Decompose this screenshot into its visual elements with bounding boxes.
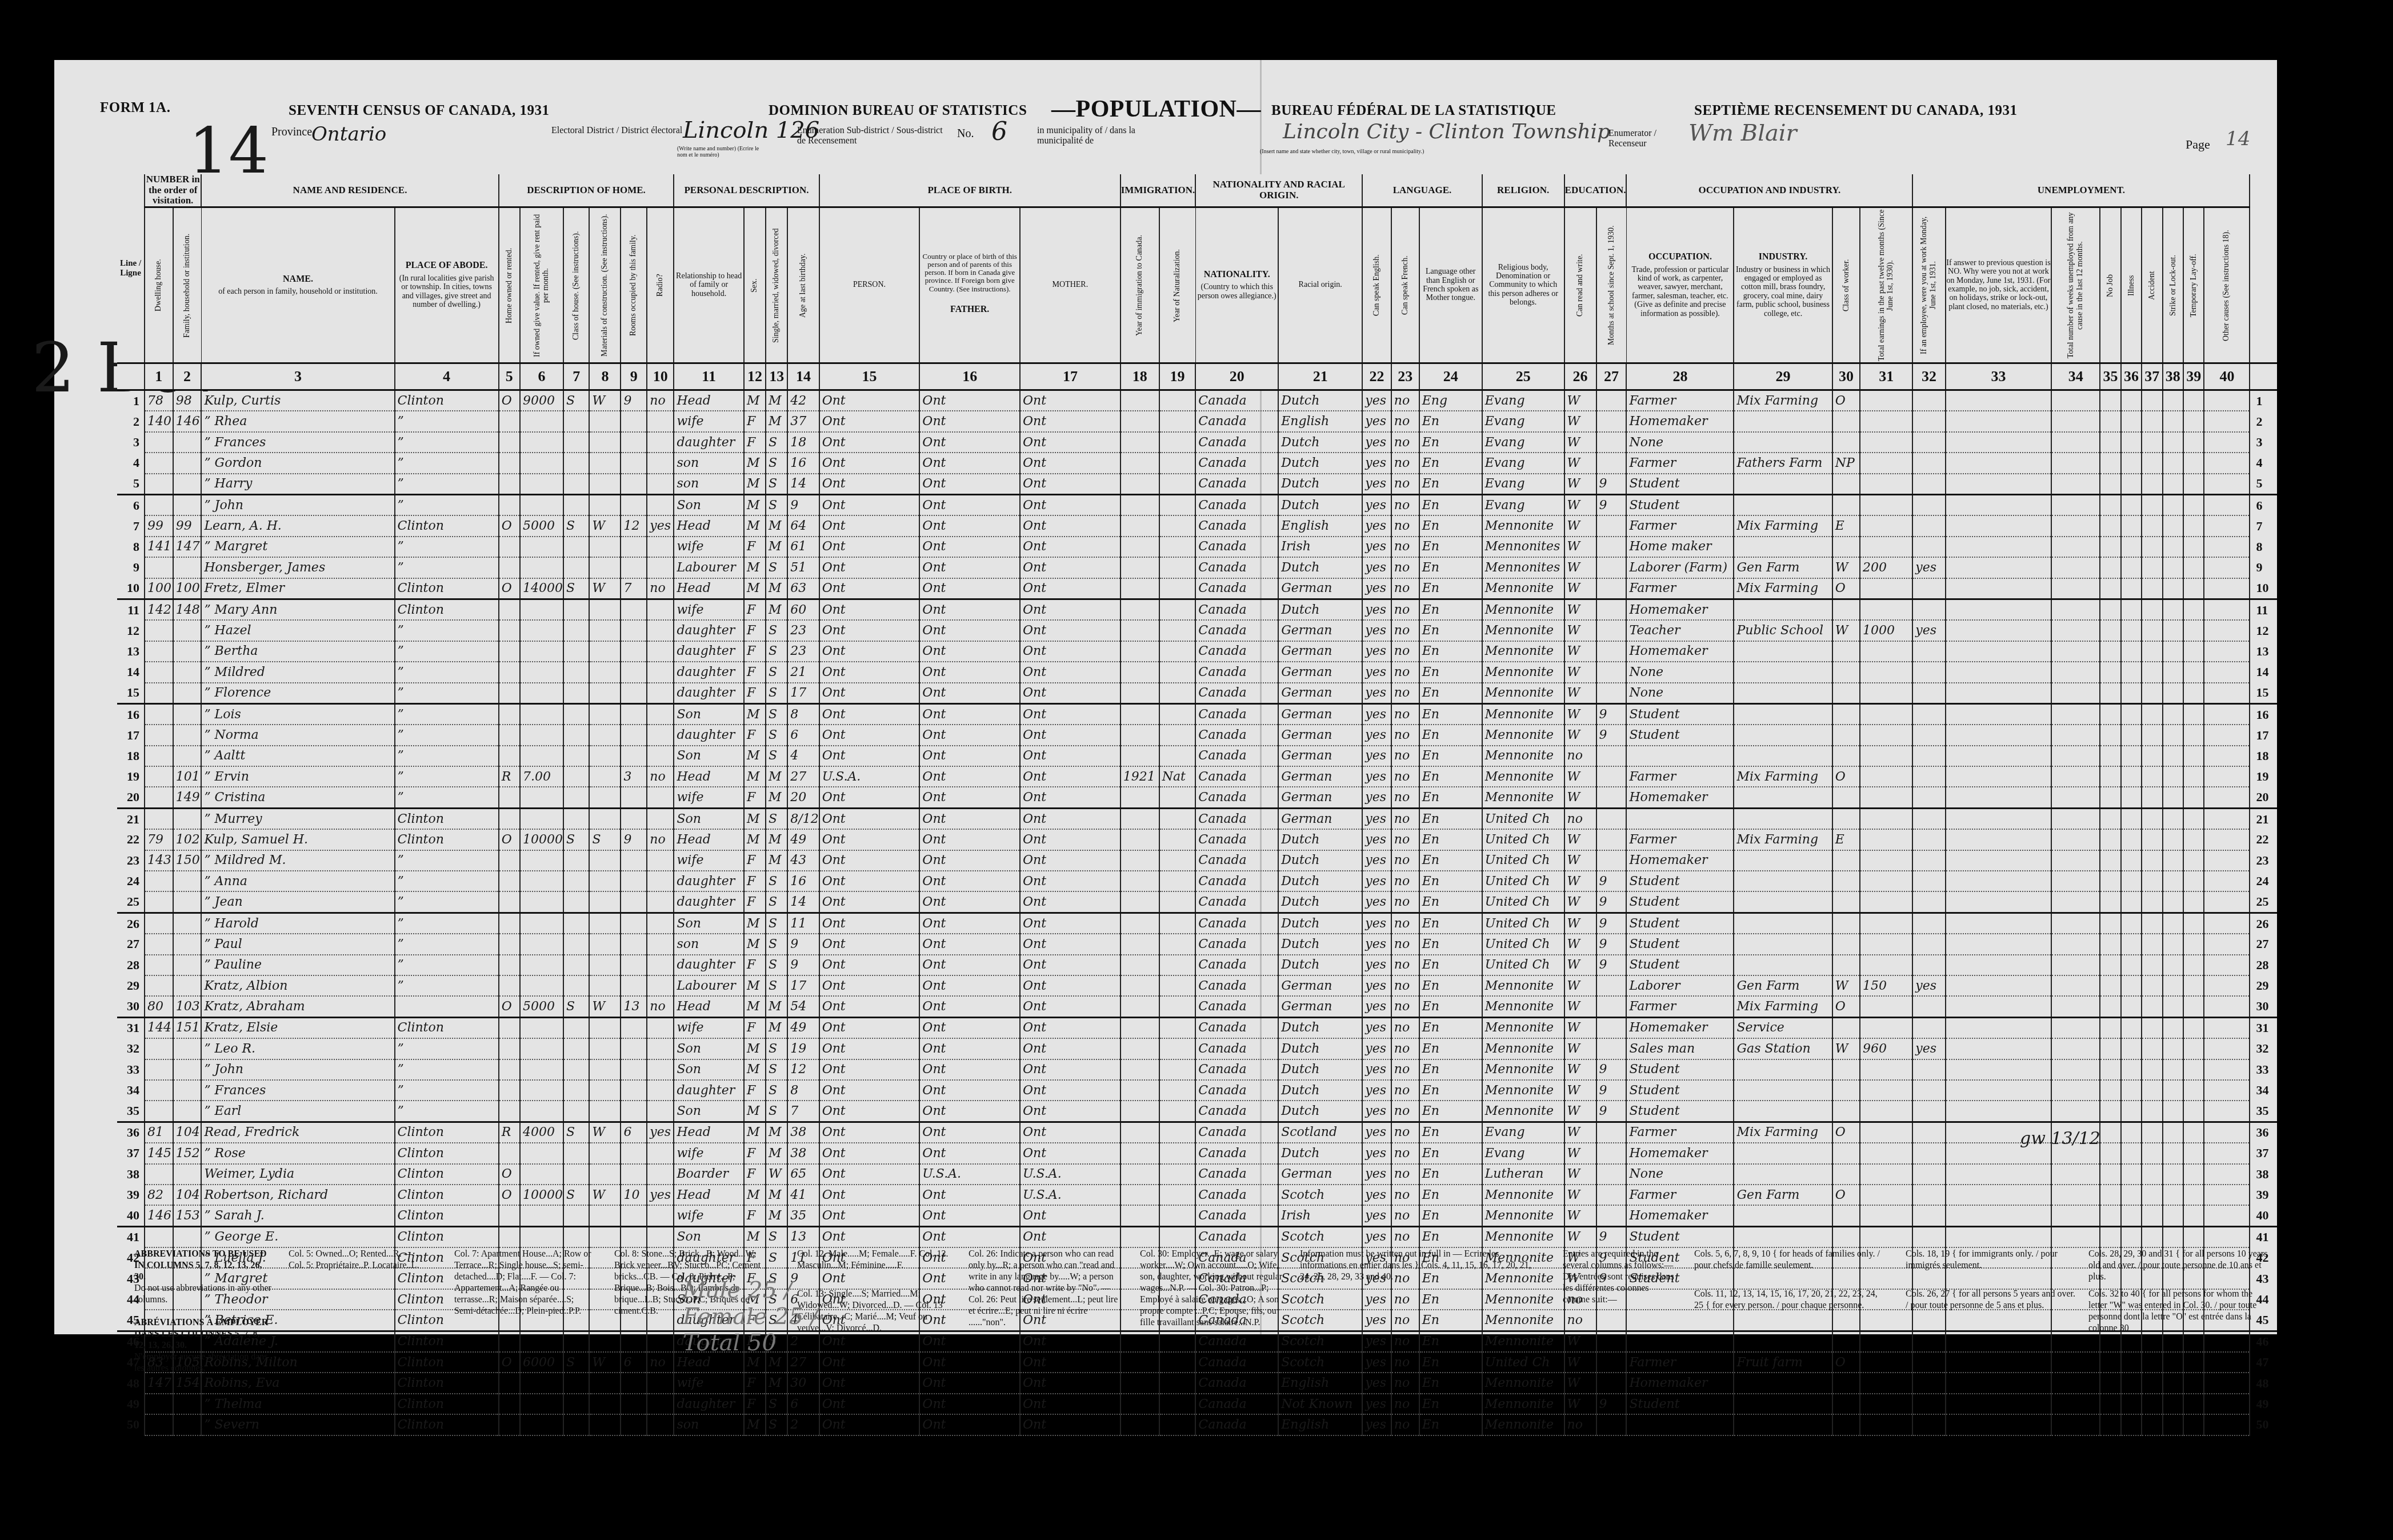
cell-material bbox=[589, 1226, 621, 1247]
cell-occ bbox=[1626, 1414, 1734, 1435]
col-number: 19 bbox=[1159, 363, 1196, 390]
cell-nationality: Canada bbox=[1195, 1205, 1278, 1226]
cell-nationality: Canada bbox=[1195, 432, 1278, 453]
cell-abode: Clinton bbox=[395, 1226, 499, 1247]
cell-race: German bbox=[1278, 725, 1362, 745]
cell-earn bbox=[1860, 515, 1912, 536]
cell-c36 bbox=[2121, 1143, 2142, 1163]
cell-name: Weimer, Lydia bbox=[201, 1164, 394, 1185]
cell-family bbox=[173, 934, 202, 954]
cell-tongue: En bbox=[1419, 1352, 1482, 1373]
column-number-row: 1234567891011121314151617181920212223242… bbox=[117, 363, 2277, 390]
cell-class bbox=[563, 599, 589, 620]
cell-work bbox=[1912, 1394, 1945, 1414]
section-name-residence: NAME AND RESIDENCE. bbox=[201, 174, 498, 207]
cell-sex: F bbox=[744, 787, 766, 808]
cell-c37 bbox=[2142, 891, 2162, 913]
cell-c33 bbox=[1946, 1226, 2052, 1247]
cell-rooms bbox=[621, 1143, 647, 1163]
cell-rel: Son bbox=[674, 1226, 743, 1247]
cell-c35 bbox=[2100, 808, 2120, 829]
cell-rooms bbox=[621, 891, 647, 913]
cell-mother: Ont bbox=[1020, 1414, 1121, 1435]
col20-header: NATIONALITY.(Country to which this perso… bbox=[1195, 207, 1278, 363]
cell-father: Ont bbox=[919, 515, 1020, 536]
cell-sex: M bbox=[744, 1414, 766, 1435]
col-number: 15 bbox=[819, 363, 920, 390]
cell-cls bbox=[1832, 955, 1860, 975]
cell-read: W bbox=[1564, 495, 1596, 516]
cell-earn bbox=[1860, 1373, 1912, 1393]
cell-age: 8 bbox=[787, 703, 819, 725]
cell-marital: S bbox=[766, 1059, 787, 1080]
cell-read: no bbox=[1564, 1310, 1596, 1331]
cell-read: W bbox=[1564, 1080, 1596, 1101]
cell-c33 bbox=[1946, 829, 2052, 850]
cell-c34 bbox=[2051, 975, 2100, 996]
cell-c33 bbox=[1946, 996, 2052, 1017]
cell-age: 16 bbox=[787, 453, 819, 473]
cell-family: 104 bbox=[173, 1185, 202, 1205]
cell-marital: S bbox=[766, 495, 787, 516]
cell-abode: ” bbox=[395, 934, 499, 954]
cell-age: 35 bbox=[787, 1205, 819, 1226]
table-row: 48147154Robins, EvaClintonwifeFM30OntOnt… bbox=[117, 1373, 2277, 1393]
cell-c39 bbox=[2183, 432, 2204, 453]
cell-owned bbox=[499, 537, 520, 557]
cell-religion: Mennonite bbox=[1482, 1059, 1564, 1080]
cell-occ: Student bbox=[1626, 934, 1734, 954]
cell-c34 bbox=[2051, 641, 2100, 662]
cell-mother: Ont bbox=[1020, 955, 1121, 975]
cell-class bbox=[563, 1394, 589, 1414]
cell-age: 6 bbox=[787, 725, 819, 745]
cell-value bbox=[520, 537, 563, 557]
cell-c33 bbox=[1946, 662, 2052, 682]
cell-material bbox=[589, 808, 621, 829]
cell-work bbox=[1912, 662, 1945, 682]
line-number-right: 30 bbox=[2250, 996, 2277, 1017]
cell-read: W bbox=[1564, 766, 1596, 787]
cell-dwelling bbox=[145, 474, 173, 495]
cell-read: W bbox=[1564, 432, 1596, 453]
cell-rel: wife bbox=[674, 1143, 743, 1163]
cell-c39 bbox=[2183, 1101, 2204, 1122]
cell-earn bbox=[1860, 432, 1912, 453]
cell-father: Ont bbox=[919, 662, 1020, 682]
cell-radio bbox=[647, 703, 674, 725]
cell-race: Dutch bbox=[1278, 850, 1362, 871]
cell-eng: yes bbox=[1362, 1164, 1391, 1185]
cell-c39 bbox=[2183, 1164, 2204, 1185]
cell-pob: Ont bbox=[819, 703, 920, 725]
cell-dwelling: 145 bbox=[145, 1143, 173, 1163]
cell-value bbox=[520, 1205, 563, 1226]
cell-school bbox=[1596, 1143, 1627, 1163]
cell-age: 7 bbox=[787, 1101, 819, 1122]
cell-read: W bbox=[1564, 1059, 1596, 1080]
cell-abode: ” bbox=[395, 557, 499, 578]
cell-c35 bbox=[2100, 557, 2120, 578]
col-number: 29 bbox=[1734, 363, 1832, 390]
cell-occ: Student bbox=[1626, 1080, 1734, 1101]
cell-work bbox=[1912, 1143, 1945, 1163]
cell-fr: no bbox=[1391, 1143, 1419, 1163]
cell-read: W bbox=[1564, 1122, 1596, 1143]
cell-race: Dutch bbox=[1278, 1017, 1362, 1038]
cell-read: no bbox=[1564, 746, 1596, 766]
cell-c38 bbox=[2163, 1185, 2183, 1205]
cell-occ: Student bbox=[1626, 1226, 1734, 1247]
cell-mother: Ont bbox=[1020, 390, 1121, 411]
cell-read: W bbox=[1564, 537, 1596, 557]
cell-earn bbox=[1860, 746, 1912, 766]
line-number: 4 bbox=[117, 453, 145, 473]
cell-mother: Ont bbox=[1020, 641, 1121, 662]
cell-school bbox=[1596, 850, 1627, 871]
cell-pob: Ont bbox=[819, 515, 920, 536]
cell-tongue: En bbox=[1419, 411, 1482, 431]
cell-race: Scotch bbox=[1278, 1352, 1362, 1373]
cell-c37 bbox=[2142, 537, 2162, 557]
cell-ind: Mix Farming bbox=[1734, 1122, 1832, 1143]
line-number-right: 4 bbox=[2250, 453, 2277, 473]
cell-c33 bbox=[1946, 1205, 2052, 1226]
cell-c34 bbox=[2051, 432, 2100, 453]
cell-owned: R bbox=[499, 766, 520, 787]
cell-work bbox=[1912, 1122, 1945, 1143]
footer-req-heads: Cols. 5, 6, 7, 8, 9, 10 { for heads of f… bbox=[1694, 1249, 1883, 1271]
cell-nationality: Canada bbox=[1195, 1394, 1278, 1414]
cell-pob: Ont bbox=[819, 1414, 920, 1435]
cell-c36 bbox=[2121, 955, 2142, 975]
cell-cls: O bbox=[1832, 1185, 1860, 1205]
cell-class bbox=[563, 746, 589, 766]
cell-c35 bbox=[2100, 955, 2120, 975]
cell-occ: Homemaker bbox=[1626, 411, 1734, 431]
footer-req-unemployed: Cols. 32 to 40 { for all persons for who… bbox=[2088, 1289, 2271, 1334]
cell-cls bbox=[1832, 1331, 1860, 1352]
cell-ind: Public School bbox=[1734, 620, 1832, 641]
cell-cls bbox=[1832, 599, 1860, 620]
cell-eng: yes bbox=[1362, 725, 1391, 745]
col-number: 36 bbox=[2121, 363, 2142, 390]
cell-class bbox=[563, 1164, 589, 1185]
cell-class bbox=[563, 955, 589, 975]
cell-name: Honsberger, James bbox=[201, 557, 394, 578]
col-number: 27 bbox=[1596, 363, 1627, 390]
cell-age: 61 bbox=[787, 537, 819, 557]
cell-father: Ont bbox=[919, 1205, 1020, 1226]
cell-nationality: Canada bbox=[1195, 599, 1278, 620]
cell-marital: S bbox=[766, 1080, 787, 1101]
cell-radio bbox=[647, 1394, 674, 1414]
cell-ind bbox=[1734, 1164, 1832, 1185]
col19-header: Year of Naturalization. bbox=[1159, 207, 1196, 363]
section-birth: PLACE OF BIRTH. bbox=[819, 174, 1121, 207]
cell-name: ” Cristina bbox=[201, 787, 394, 808]
cell-religion: United Ch bbox=[1482, 850, 1564, 871]
cell-eng: yes bbox=[1362, 891, 1391, 913]
cell-fr: no bbox=[1391, 411, 1419, 431]
cell-name: ” Sarah J. bbox=[201, 1205, 394, 1226]
cell-c35 bbox=[2100, 599, 2120, 620]
table-row: 31144151Kratz, ElsieClintonwifeFM49OntOn… bbox=[117, 1017, 2277, 1038]
cell-class: S bbox=[563, 1122, 589, 1143]
cell-religion: Mennonite bbox=[1482, 578, 1564, 599]
cell-age: 49 bbox=[787, 829, 819, 850]
cell-nat bbox=[1159, 913, 1196, 934]
cell-work bbox=[1912, 787, 1945, 808]
col2-header: Family, household or institution. bbox=[173, 207, 202, 363]
cell-occ: Student bbox=[1626, 1059, 1734, 1080]
cell-c37 bbox=[2142, 1373, 2162, 1393]
cell-c36 bbox=[2121, 1059, 2142, 1080]
cell-value bbox=[520, 850, 563, 871]
cell-fr: no bbox=[1391, 766, 1419, 787]
cell-owned bbox=[499, 432, 520, 453]
cell-nationality: Canada bbox=[1195, 1185, 1278, 1205]
cell-radio bbox=[647, 975, 674, 996]
cell-c37 bbox=[2142, 599, 2162, 620]
cell-nat bbox=[1159, 620, 1196, 641]
cell-read: W bbox=[1564, 1331, 1596, 1352]
cell-tongue: En bbox=[1419, 1226, 1482, 1247]
cell-imm bbox=[1121, 620, 1159, 641]
cell-rooms: 9 bbox=[621, 390, 647, 411]
cell-mother: Ont bbox=[1020, 1331, 1121, 1352]
cell-earn bbox=[1860, 955, 1912, 975]
cell-nat bbox=[1159, 955, 1196, 975]
cell-c36 bbox=[2121, 1080, 2142, 1101]
cell-father: Ont bbox=[919, 725, 1020, 745]
cell-nat bbox=[1159, 1226, 1196, 1247]
cell-c40 bbox=[2204, 1038, 2250, 1059]
cell-earn bbox=[1860, 996, 1912, 1017]
cell-nationality: Canada bbox=[1195, 1080, 1278, 1101]
cell-father: Ont bbox=[919, 703, 1020, 725]
cell-imm bbox=[1121, 725, 1159, 745]
cell-school bbox=[1596, 662, 1627, 682]
cell-cls: E bbox=[1832, 515, 1860, 536]
cell-value bbox=[520, 1017, 563, 1038]
cell-nat bbox=[1159, 975, 1196, 996]
col18-header: Year of immigration to Canada. bbox=[1121, 207, 1159, 363]
table-row: 34” Frances”daughterFS8OntOntOntCanadaDu… bbox=[117, 1080, 2277, 1101]
col-number: 8 bbox=[589, 363, 621, 390]
cell-nat bbox=[1159, 725, 1196, 745]
cell-father: Ont bbox=[919, 1059, 1020, 1080]
cell-sex: M bbox=[744, 746, 766, 766]
cell-imm bbox=[1121, 1352, 1159, 1373]
cell-read: W bbox=[1564, 1101, 1596, 1122]
cell-c37 bbox=[2142, 683, 2162, 704]
cell-cls bbox=[1832, 1373, 1860, 1393]
cell-father: Ont bbox=[919, 557, 1020, 578]
cell-abode: ” bbox=[395, 411, 499, 431]
cell-eng: yes bbox=[1362, 411, 1391, 431]
col26-header: Can read and write. bbox=[1564, 207, 1596, 363]
cell-rooms bbox=[621, 1331, 647, 1352]
cell-c38 bbox=[2163, 913, 2183, 934]
cell-earn bbox=[1860, 1080, 1912, 1101]
cell-ind: Mix Farming bbox=[1734, 578, 1832, 599]
cell-material bbox=[589, 495, 621, 516]
cell-name: Kratz, Abraham bbox=[201, 996, 394, 1017]
cell-c35 bbox=[2100, 1352, 2120, 1373]
cell-c36 bbox=[2121, 1394, 2142, 1414]
margin-note: gw 13/12 bbox=[2020, 1129, 2100, 1149]
cell-c37 bbox=[2142, 1185, 2162, 1205]
col-number: 39 bbox=[2183, 363, 2204, 390]
cell-age: 51 bbox=[787, 557, 819, 578]
cell-occ: Teacher bbox=[1626, 620, 1734, 641]
cell-radio bbox=[647, 1226, 674, 1247]
cell-c34 bbox=[2051, 390, 2100, 411]
cell-marital: M bbox=[766, 1205, 787, 1226]
cell-nat bbox=[1159, 808, 1196, 829]
cell-cls bbox=[1832, 432, 1860, 453]
cell-material bbox=[589, 1331, 621, 1352]
cell-c33 bbox=[1946, 1352, 2052, 1373]
cell-c34 bbox=[2051, 746, 2100, 766]
cell-eng: yes bbox=[1362, 766, 1391, 787]
cell-owned bbox=[499, 1059, 520, 1080]
cell-imm bbox=[1121, 891, 1159, 913]
cell-rooms bbox=[621, 1059, 647, 1080]
cell-c38 bbox=[2163, 578, 2183, 599]
cell-ind: Gas Station bbox=[1734, 1038, 1832, 1059]
cell-eng: yes bbox=[1362, 515, 1391, 536]
cell-religion: Mennonite bbox=[1482, 599, 1564, 620]
cell-value bbox=[520, 934, 563, 954]
cell-race: German bbox=[1278, 1164, 1362, 1185]
cell-c35 bbox=[2100, 662, 2120, 682]
cell-school bbox=[1596, 390, 1627, 411]
cell-ind bbox=[1734, 432, 1832, 453]
cell-rooms bbox=[621, 411, 647, 431]
cell-race: Dutch bbox=[1278, 390, 1362, 411]
cell-age: 54 bbox=[787, 996, 819, 1017]
cell-tongue: En bbox=[1419, 1205, 1482, 1226]
cell-c36 bbox=[2121, 620, 2142, 641]
cell-c36 bbox=[2121, 578, 2142, 599]
cell-c35 bbox=[2100, 1414, 2120, 1435]
cell-read: W bbox=[1564, 683, 1596, 704]
cell-owned: O bbox=[499, 1352, 520, 1373]
cell-dwelling: 141 bbox=[145, 537, 173, 557]
cell-c35 bbox=[2100, 996, 2120, 1017]
cell-ind bbox=[1734, 1373, 1832, 1393]
cell-nat bbox=[1159, 515, 1196, 536]
cell-c33 bbox=[1946, 495, 2052, 516]
cell-owned bbox=[499, 1226, 520, 1247]
cell-tongue: En bbox=[1419, 1101, 1482, 1122]
cell-c34 bbox=[2051, 1226, 2100, 1247]
cell-earn bbox=[1860, 474, 1912, 495]
cell-eng: yes bbox=[1362, 495, 1391, 516]
cell-age: 37 bbox=[787, 411, 819, 431]
cell-c39 bbox=[2183, 725, 2204, 745]
cell-cls: W bbox=[1832, 557, 1860, 578]
cell-work bbox=[1912, 599, 1945, 620]
cell-c34 bbox=[2051, 1101, 2100, 1122]
cell-sex: F bbox=[744, 1205, 766, 1226]
cell-owned bbox=[499, 557, 520, 578]
cell-abode: ” bbox=[395, 850, 499, 871]
cell-earn bbox=[1860, 1122, 1912, 1143]
cell-sex: M bbox=[744, 495, 766, 516]
line-number: 1 bbox=[117, 390, 145, 411]
cell-father: Ont bbox=[919, 766, 1020, 787]
cell-sex: M bbox=[744, 557, 766, 578]
cell-work bbox=[1912, 1226, 1945, 1247]
cell-work bbox=[1912, 725, 1945, 745]
cell-c35 bbox=[2100, 1038, 2120, 1059]
cell-ind bbox=[1734, 411, 1832, 431]
cell-radio bbox=[647, 474, 674, 495]
no-label: No. bbox=[957, 127, 974, 141]
cell-class bbox=[563, 1331, 589, 1352]
cell-c40 bbox=[2204, 1352, 2250, 1373]
cell-material bbox=[589, 599, 621, 620]
col30-header: Class of worker. bbox=[1832, 207, 1860, 363]
cell-fr: no bbox=[1391, 787, 1419, 808]
cell-tongue: En bbox=[1419, 1122, 1482, 1143]
cell-age: 23 bbox=[787, 620, 819, 641]
col35-header: No Job bbox=[2100, 207, 2120, 363]
cell-nationality: Canada bbox=[1195, 1101, 1278, 1122]
cell-c37 bbox=[2142, 495, 2162, 516]
table-row: 25” Jean”daughterFS14OntOntOntCanadaDutc… bbox=[117, 891, 2277, 913]
line-number-right: 38 bbox=[2250, 1164, 2277, 1185]
cell-mother: Ont bbox=[1020, 1122, 1121, 1143]
cell-abode: ” bbox=[395, 913, 499, 934]
cell-nat bbox=[1159, 1205, 1196, 1226]
cell-value bbox=[520, 495, 563, 516]
cell-age: 12 bbox=[787, 1059, 819, 1080]
cell-family bbox=[173, 1038, 202, 1059]
cell-ind: Mix Farming bbox=[1734, 829, 1832, 850]
cell-family: 98 bbox=[173, 390, 202, 411]
cell-work bbox=[1912, 850, 1945, 871]
cell-eng: yes bbox=[1362, 1101, 1391, 1122]
cell-marital: M bbox=[766, 1143, 787, 1163]
cell-mother: Ont bbox=[1020, 1038, 1121, 1059]
cell-owned bbox=[499, 474, 520, 495]
cell-occ: Farmer bbox=[1626, 1352, 1734, 1373]
cell-school bbox=[1596, 641, 1627, 662]
cell-rooms: 9 bbox=[621, 829, 647, 850]
cell-mother: Ont bbox=[1020, 1226, 1121, 1247]
cell-school: 9 bbox=[1596, 1080, 1627, 1101]
cell-occ: Homemaker bbox=[1626, 1143, 1734, 1163]
cell-cls bbox=[1832, 871, 1860, 891]
cell-age: 17 bbox=[787, 975, 819, 996]
cell-race: Dutch bbox=[1278, 599, 1362, 620]
cell-work bbox=[1912, 934, 1945, 954]
line-number-right: 49 bbox=[2250, 1394, 2277, 1414]
page-number: 14 bbox=[2226, 127, 2250, 150]
cell-cls bbox=[1832, 495, 1860, 516]
cell-value bbox=[520, 683, 563, 704]
cell-c36 bbox=[2121, 432, 2142, 453]
cell-family bbox=[173, 1059, 202, 1080]
cell-school bbox=[1596, 411, 1627, 431]
cell-c39 bbox=[2183, 1080, 2204, 1101]
cell-race: Scotch bbox=[1278, 1289, 1362, 1310]
cell-c35 bbox=[2100, 1394, 2120, 1414]
